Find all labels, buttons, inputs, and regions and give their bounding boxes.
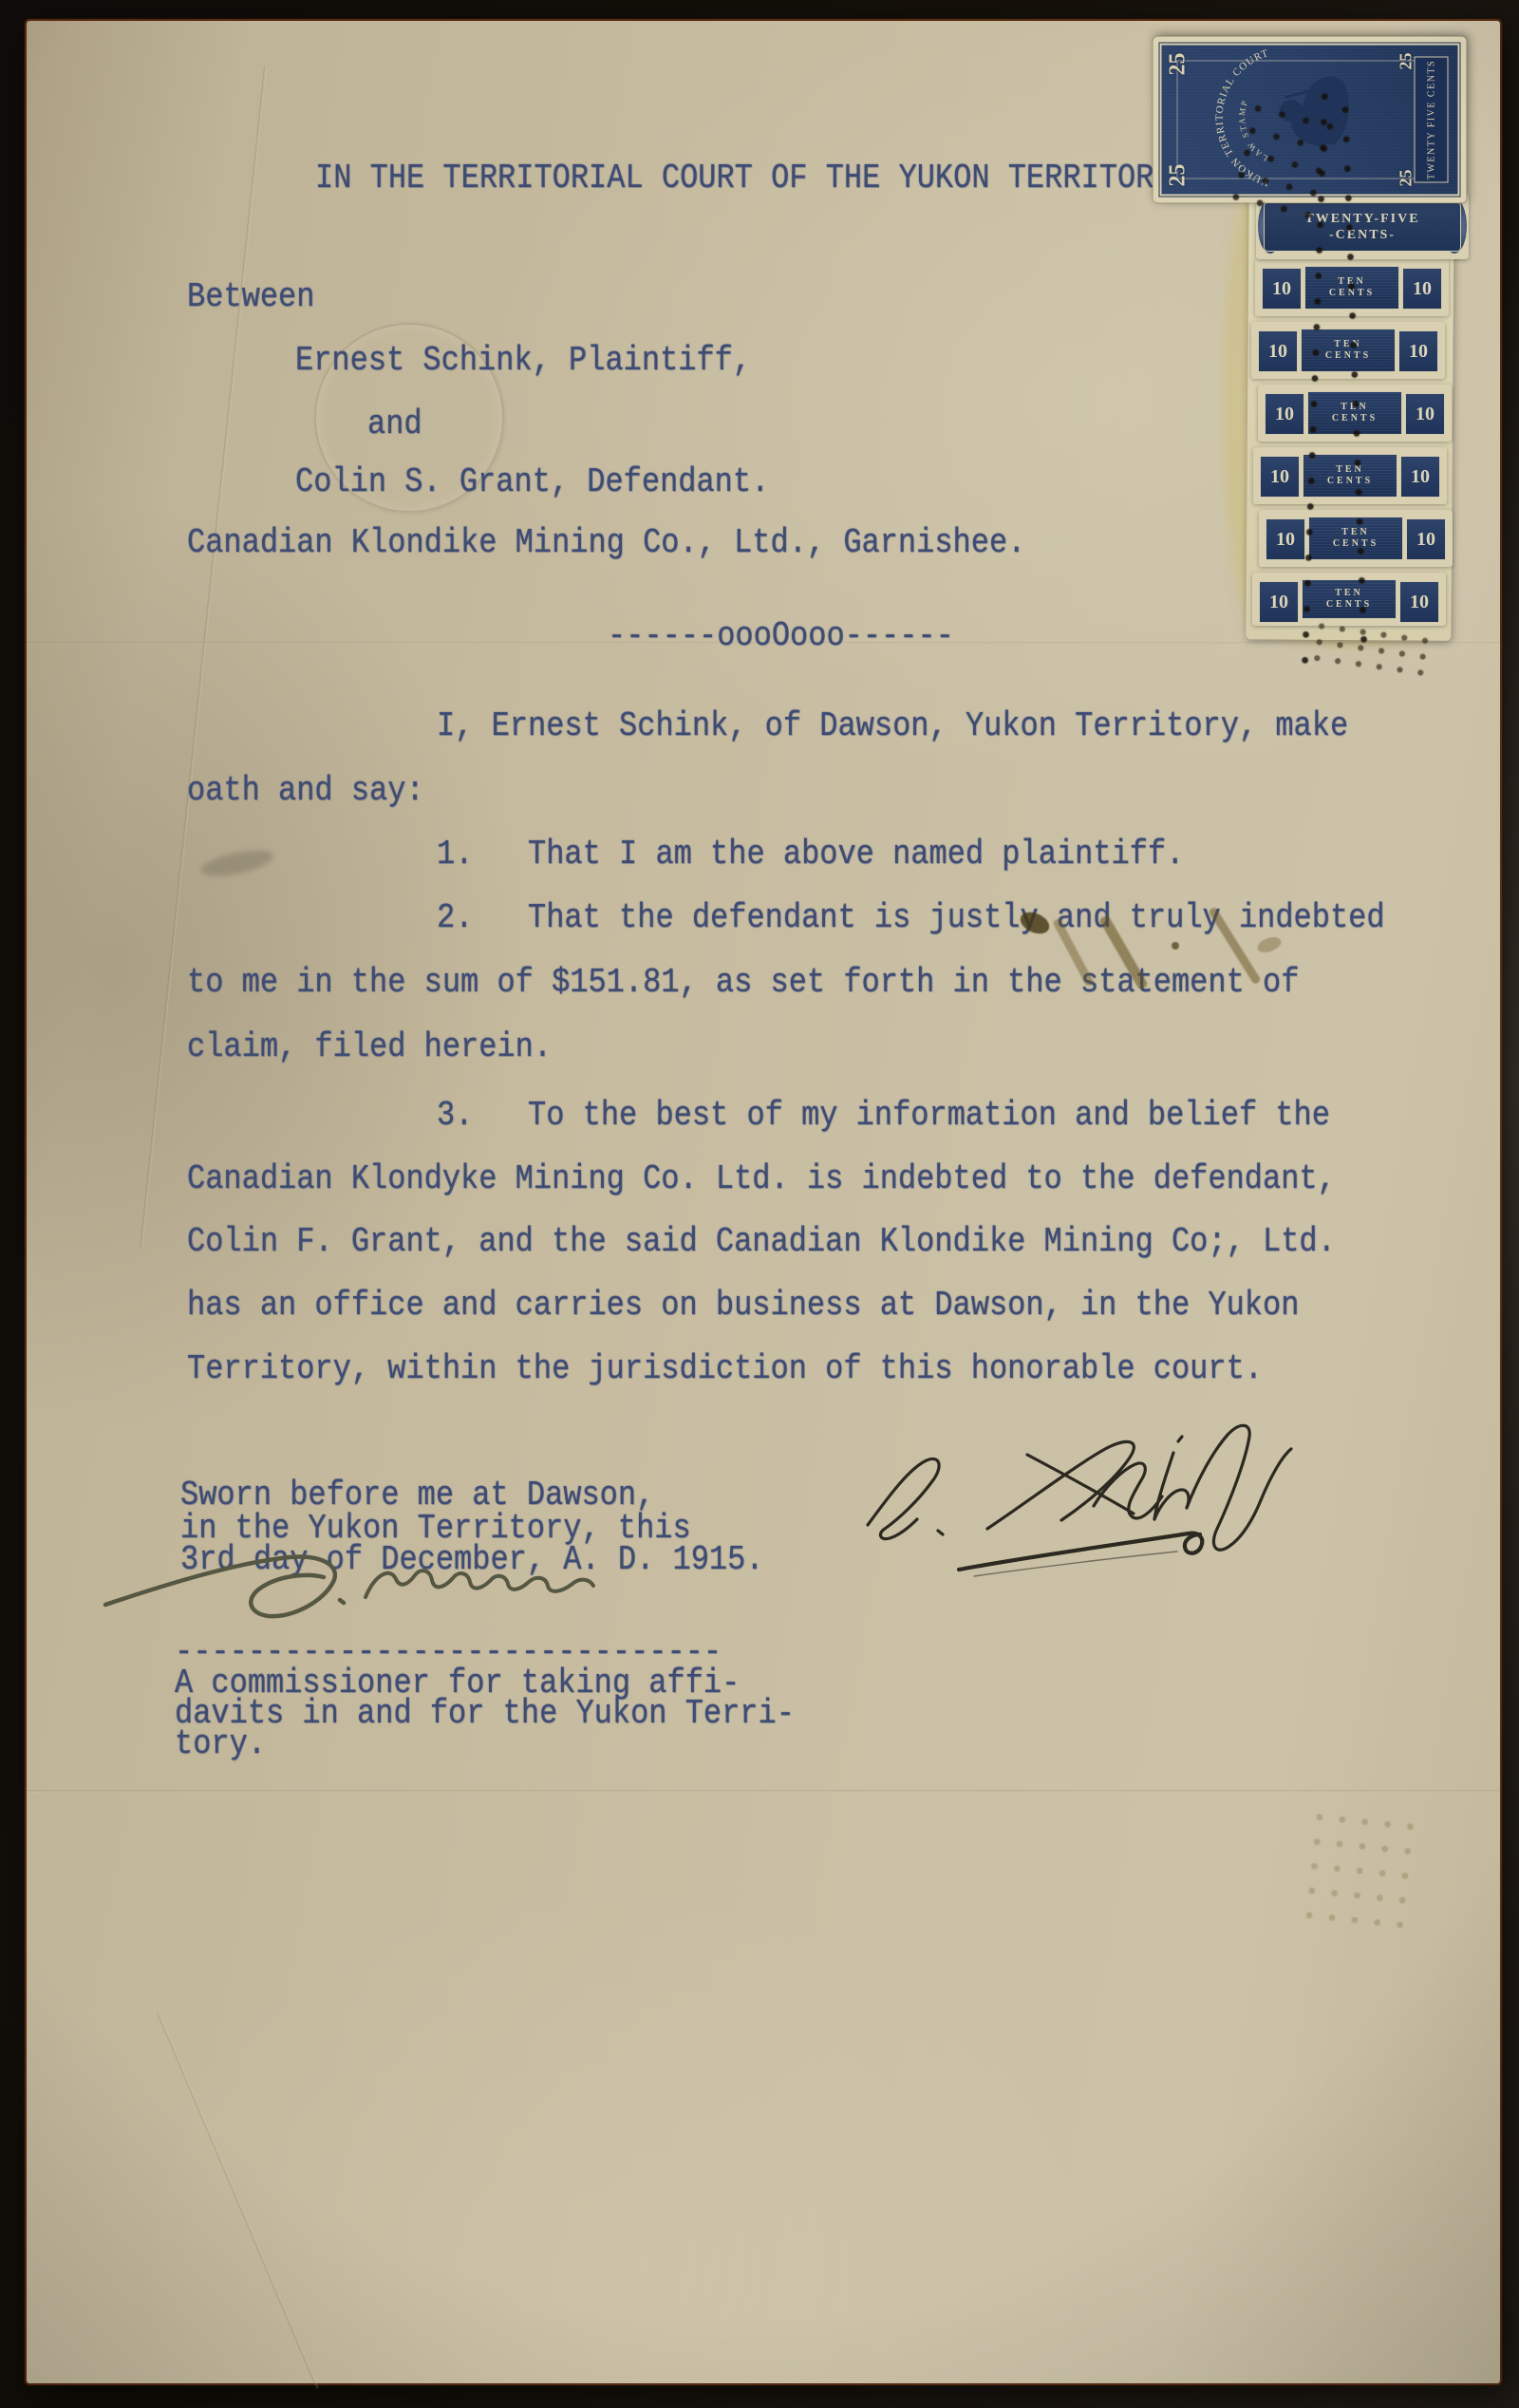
ornamental-separator: ------oooOooo------ xyxy=(608,617,954,655)
stamp-center-text: TEN xyxy=(1335,588,1363,599)
stamp-denomination: 10 xyxy=(1260,456,1300,498)
affidavit-item-2-line-3: claim, filed herein. xyxy=(187,1028,552,1066)
party-defendant-line: Colin S. Grant, Defendant. xyxy=(295,463,769,501)
fold-crease-lower-horizontal xyxy=(27,1790,1500,1793)
jurat-line-6: tory. xyxy=(175,1725,266,1763)
stamp-value-text: -CENTS- xyxy=(1329,228,1396,242)
party-garnishee-line: Canadian Klondike Mining Co., Ltd., Garn… xyxy=(187,524,1025,562)
stamp-center-text: TEN xyxy=(1338,276,1366,288)
svg-text:LAW STAMP: LAW STAMP xyxy=(1237,98,1269,163)
stamp-center-band: TEN CENTS xyxy=(1307,391,1402,435)
stamp-denomination: 10 xyxy=(1266,518,1305,560)
affidavit-item-3-line-1: 3. To the best of my information and bel… xyxy=(437,1097,1330,1135)
commissioner-signature xyxy=(90,1546,603,1650)
stamp-center-text: CENTS xyxy=(1333,538,1378,550)
stamp-center-text: TEN xyxy=(1336,464,1364,476)
revenue-stamp-10c-3: 10 TEN CENTS 10 xyxy=(1258,385,1452,442)
stamp-value-banner: TWENTY FIVE CENTS xyxy=(1415,57,1449,183)
photo-background: IN THE TERRITORIAL COURT OF THE YUKON TE… xyxy=(0,0,1519,2408)
revenue-stamp-10c-1: 10 TEN CENTS 10 xyxy=(1255,259,1449,316)
jurat-line-5: davits in and for the Yukon Terri- xyxy=(175,1695,795,1733)
court-header: IN THE TERRITORIAL COURT OF THE YUKON TE… xyxy=(315,160,1153,198)
stamp-center-text: CENTS xyxy=(1332,413,1378,424)
stamp-center-text: TEN xyxy=(1341,527,1370,538)
stamp-center-text: TEN xyxy=(1334,339,1362,350)
stamp-denomination: 10 xyxy=(1400,456,1440,498)
deponent-signature xyxy=(854,1413,1310,1593)
ink-dot-small xyxy=(1172,942,1179,950)
party-between-label: Between xyxy=(187,278,314,316)
stamp-center-text: CENTS xyxy=(1327,476,1373,487)
pencil-smudge xyxy=(199,845,276,881)
party-plaintiff-line: Ernest Schink, Plaintiff, xyxy=(295,342,751,380)
affidavit-opening-line-2: oath and say: xyxy=(187,772,424,810)
stamp-denomination: 10 xyxy=(1262,268,1302,310)
stamp-denomination: 10 xyxy=(1259,581,1299,623)
stamp-center-text: TEN xyxy=(1341,402,1369,413)
stamp-center-band: TEN CENTS xyxy=(1304,266,1399,310)
affidavit-item-3-line-2: Canadian Klondyke Mining Co. Ltd. is ind… xyxy=(187,1160,1336,1198)
affidavit-opening-line-1: I, Ernest Schink, of Dawson, Yukon Terri… xyxy=(437,707,1348,745)
stamp-value-text: TWENTY-FIVE xyxy=(1304,212,1419,226)
affidavit-item-1: 1. That I am the above named plaintiff. xyxy=(437,836,1184,874)
stamp-engraved-panel: 25 25 25 25 YUKON TERRITORIAL COURT LAW … xyxy=(1160,44,1460,197)
fold-crease-topleft-diagonal xyxy=(140,66,267,1247)
affidavit-item-2-line-1: 2. That the defendant is justly and trul… xyxy=(437,899,1385,937)
revenue-stamp-10c-4: 10 TEN CENTS 10 xyxy=(1253,447,1447,504)
stamp-center-text: CENTS xyxy=(1325,350,1371,362)
affidavit-item-3-line-3: Colin F. Grant, and the said Canadian Kl… xyxy=(187,1223,1336,1261)
revenue-stamp-25c: 25 25 25 25 YUKON TERRITORIAL COURT LAW … xyxy=(1153,37,1467,203)
revenue-stamp-10c-2: 10 TEN CENTS 10 xyxy=(1251,322,1445,379)
stamp-center-band: TEN CENTS xyxy=(1302,579,1397,619)
stamp-value-text: TWENTY FIVE CENTS xyxy=(1426,60,1436,179)
stamp-denomination: 10 xyxy=(1406,518,1446,560)
stamp-denomination: 10 xyxy=(1258,330,1298,372)
stamp-denomination: 10 xyxy=(1405,393,1445,435)
stamp-center-band: TEN CENTS xyxy=(1303,454,1397,498)
stamp-center-text: CENTS xyxy=(1329,288,1375,299)
fold-crease-bottomleft-diagonal xyxy=(157,2012,319,2389)
stamp-denomination: 10 xyxy=(1398,330,1438,372)
party-and-label: and xyxy=(367,405,422,443)
stamp-denomination: 10 xyxy=(1399,581,1439,623)
stamp-center-band: TEN CENTS xyxy=(1308,517,1403,560)
revenue-stamp-10c-5: 10 TEN CENTS 10 xyxy=(1259,510,1453,567)
stamp-center-text: CENTS xyxy=(1326,599,1372,611)
stamp-denomination: 10 xyxy=(1265,393,1304,435)
revenue-stamp-25c-partial: TWENTY-FIVE -CENTS- xyxy=(1256,193,1469,259)
affidavit-item-3-line-4: has an office and carries on business at… xyxy=(187,1287,1299,1325)
stamp-denomination: 10 xyxy=(1402,268,1442,310)
stamp-center-band: TEN CENTS xyxy=(1301,329,1396,372)
revenue-stamp-10c-6: 10 TEN CENTS 10 xyxy=(1252,573,1446,626)
stamp-paper-edge: 25 25 25 25 YUKON TERRITORIAL COURT LAW … xyxy=(1153,37,1467,203)
stamp-value-banner: TWENTY-FIVE -CENTS- xyxy=(1264,202,1461,252)
affidavit-item-3-line-5: Territory, within the jurisdiction of th… xyxy=(187,1350,1263,1388)
